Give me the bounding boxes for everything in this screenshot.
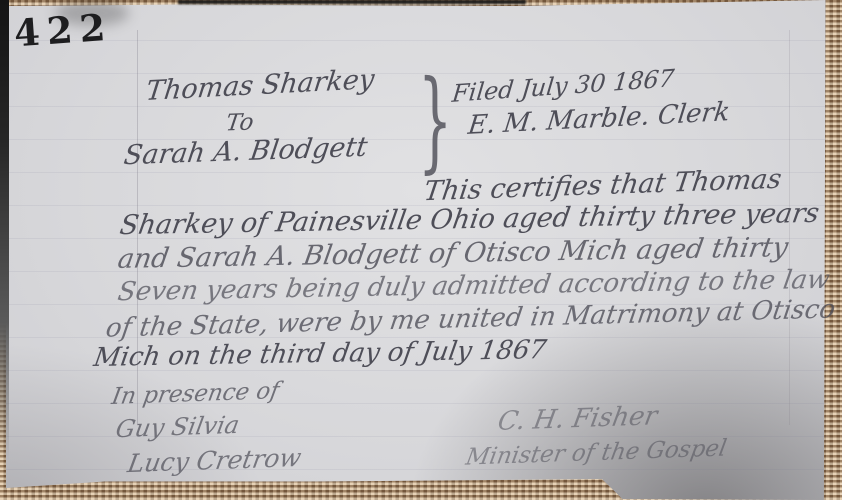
versus-connector: To [224,109,255,136]
scanned-marriage-record: 422 Thomas Sharkey To Sarah A. Blodgett … [0,0,842,500]
curly-brace: } [418,57,452,185]
book-binding-edge [0,0,9,460]
witness-name: Lucy Cretrow [125,443,303,478]
officiant-signature: C. H. Fisher [495,401,659,437]
witness-name: Guy Silvia [114,411,242,443]
scan-gap-top [178,0,526,4]
page-number: 422 [13,5,114,56]
